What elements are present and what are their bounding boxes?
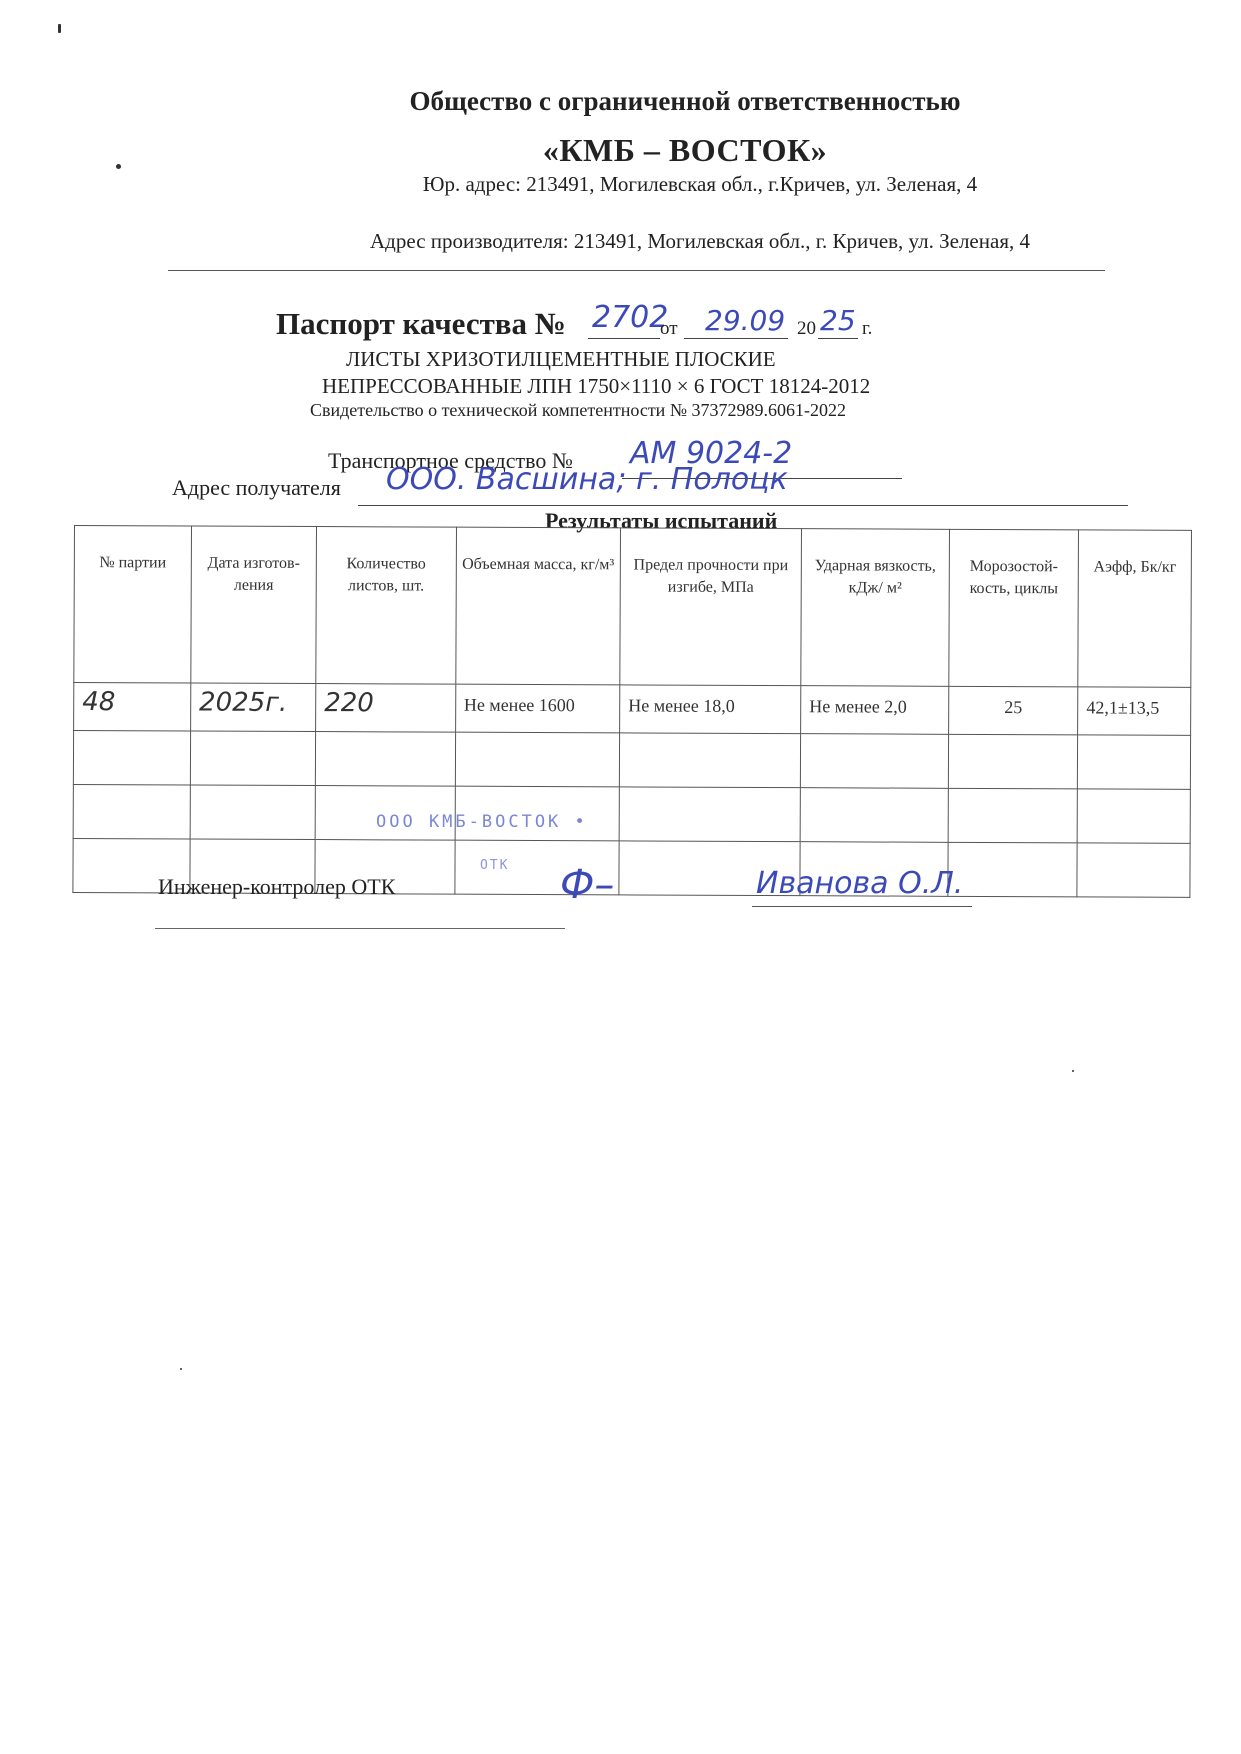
cell-empty — [948, 842, 1078, 897]
recipient-underline — [358, 505, 1128, 506]
table-header-row: № партии Дата изготов-ления Количество л… — [74, 526, 1192, 688]
passport-number-underline — [588, 338, 660, 339]
cell-empty — [1078, 735, 1191, 789]
cell-empty — [1077, 843, 1190, 897]
signature-label: Инженер-контролер ОТК — [158, 874, 395, 900]
table-row: 48 2025г. 220 Не менее 1600 Не менее 18,… — [74, 683, 1191, 736]
recipient-address: ООО. Васшина; г. Полоцк — [386, 462, 788, 497]
scan-artifact — [58, 24, 61, 33]
stamp-otk: ОТК — [480, 858, 509, 873]
cell-empty — [315, 732, 455, 787]
cell-empty — [948, 788, 1078, 843]
passport-title: Паспорт качества № — [276, 306, 566, 342]
product-line-1: ЛИСТЫ ХРИЗОТИЛЦЕМЕНТНЫЕ ПЛОСКИЕ — [346, 347, 776, 372]
passport-date: 29.09 — [705, 304, 785, 337]
col-production-date: Дата изготов-ления — [191, 526, 317, 684]
cell-impact: Не менее 2,0 — [801, 686, 949, 735]
scan-artifact — [1072, 1070, 1074, 1072]
cell-empty — [1077, 789, 1190, 843]
cell-empty — [948, 734, 1078, 789]
passport-number: 2702 — [592, 300, 668, 335]
cell-empty — [619, 733, 800, 788]
cell-empty — [455, 732, 620, 787]
cell-strength: Не менее 18,0 — [620, 685, 801, 734]
cell-batch: 48 — [74, 683, 191, 732]
cell-empty — [190, 785, 315, 840]
cell-count: 220 — [316, 684, 456, 733]
cell-empty — [73, 784, 190, 839]
signature-mark: Ф– — [560, 862, 614, 908]
header-divider — [168, 270, 1105, 271]
signature-line — [155, 928, 565, 929]
company-name: «КМБ – ВОСТОК» — [0, 132, 1241, 169]
table-row — [73, 784, 1190, 843]
col-bulk-density: Объемная масса, кг/м³ — [455, 527, 620, 685]
passport-year-underline — [818, 338, 858, 339]
org-type: Общество с ограниченной ответственностью — [0, 86, 1241, 117]
passport-year-label: г. — [862, 318, 872, 340]
cell-frost: 25 — [949, 686, 1078, 735]
cell-empty — [619, 787, 800, 842]
scan-artifact — [180, 1368, 182, 1370]
product-line-2: НЕПРЕССОВАННЫЕ ЛПН 1750×1110 × 6 ГОСТ 18… — [322, 374, 870, 399]
passport-year-suffix: 25 — [820, 304, 856, 337]
passport-date-underline — [684, 338, 788, 339]
col-frost-resistance: Морозостой-кость, циклы — [949, 529, 1079, 687]
passport-from-label: от — [660, 318, 678, 340]
recipient-label: Адрес получателя — [172, 475, 341, 501]
results-table: № партии Дата изготов-ления Количество л… — [72, 525, 1192, 898]
col-radioactivity: Аэфф, Бк/кг — [1078, 530, 1191, 687]
cell-empty — [800, 788, 948, 843]
signatory-name-underline — [752, 906, 972, 907]
cell-density: Не менее 1600 — [455, 684, 620, 733]
col-impact-strength: Ударная вязкость, кДж/ м² — [801, 529, 950, 687]
passport-year-prefix: 20 — [797, 318, 816, 340]
cell-empty — [190, 731, 315, 786]
signatory-name: Иванова О.Л. — [756, 866, 963, 901]
certificate-line: Свидетельство о технической компетентнос… — [310, 400, 846, 421]
cell-empty — [800, 734, 948, 789]
company-stamp: ООО КМБ-ВОСТОК • — [376, 812, 588, 832]
cell-aeff: 42,1±13,5 — [1078, 687, 1191, 735]
cell-date: 2025г. — [190, 683, 315, 732]
producer-address: Адрес производителя: 213491, Могилевская… — [0, 229, 1241, 254]
col-batch-number: № партии — [74, 526, 192, 684]
legal-address: Юр. адрес: 213491, Могилевская обл., г.К… — [0, 172, 1241, 197]
cell-empty — [73, 731, 190, 786]
col-flexural-strength: Предел прочности при изгибе, МПа — [620, 528, 802, 686]
table-row — [73, 731, 1190, 790]
col-sheet-count: Количество листов, шт. — [316, 527, 456, 685]
